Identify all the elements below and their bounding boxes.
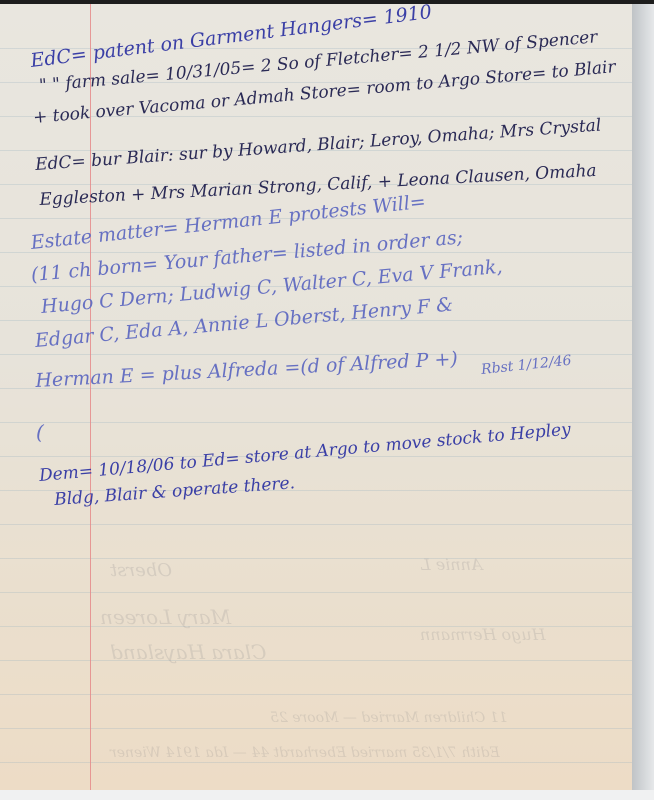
bleed-through-text: 11 Children Married — Moore 25 [270,710,507,726]
ruled-line [0,524,632,525]
handwritten-signature-date: Rbst 1/12/46 [480,353,572,378]
handwritten-line: Dem= 10/18/06 to Ed= store at Argo to mo… [38,420,571,486]
bleed-through-text: Edith 7/1/35 married Eberhardt 44 — Ida … [110,745,500,761]
ruled-line [0,592,632,593]
scan-background-right [632,4,654,800]
bleed-through-text: Mary Loreen [100,605,231,629]
ruled-line [0,660,632,661]
ruled-line [0,558,632,559]
ruled-line [0,694,632,695]
notebook-page: Oberst Annie L Mary Loreen Hugo Hermann … [0,0,632,790]
scan-background-bottom [0,790,654,800]
bleed-through-text: Oberst [110,560,172,581]
bleed-through-text: Clara Haysland [110,640,266,664]
ruled-line [0,762,632,763]
scan-top-edge [0,0,654,4]
handwritten-line: ( [36,420,44,444]
ruled-line [0,728,632,729]
bleed-through-text: Annie L [420,555,482,574]
bleed-through-text: Hugo Hermann [420,625,546,644]
